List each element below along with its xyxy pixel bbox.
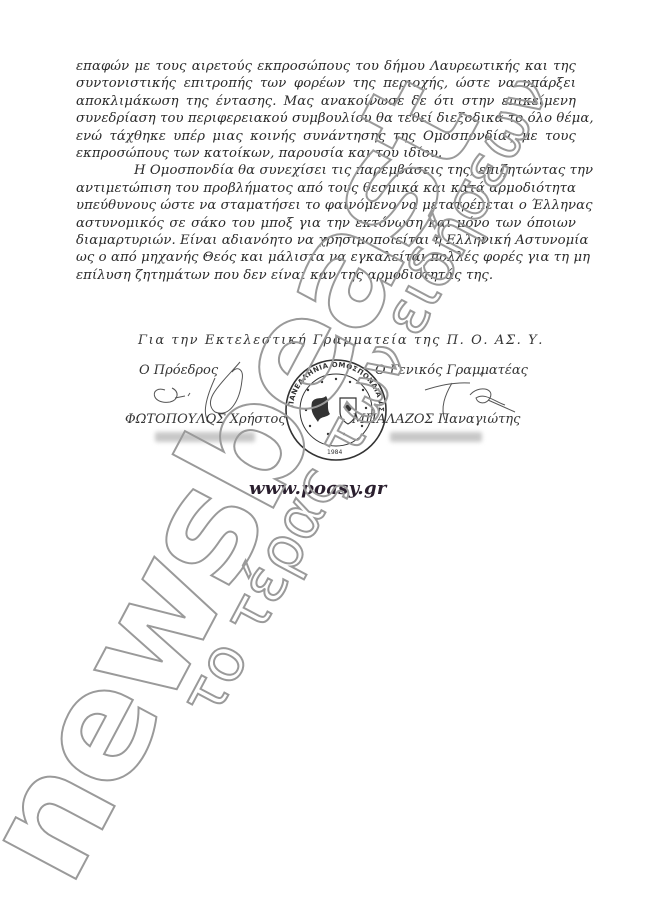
svg-text:ΠΑΝΕΛΛΗΝΙΑ ΟΜΟΣΠΟΝΔΙΑ ΑΣΤΥΝΟΜΙ: ΠΑΝΕΛΛΗΝΙΑ ΟΜΟΣΠΟΝΔΙΑ ΑΣΤΥΝΟΜΙΚΩΝ ΥΠΑΛΛΗ…: [287, 361, 385, 412]
svg-text:1984: 1984: [327, 449, 342, 456]
president-name: ΦΩΤΟΠΟΥΛΟΣ Χρήστος: [125, 412, 286, 427]
document-page: επαφών με τους αιρετούς εκπροσώπους του …: [0, 0, 648, 916]
federation-seal: ΠΑΝΕΛΛΗΝΙΑ ΟΜΟΣΠΟΝΔΙΑ ΑΣΤΥΝΟΜΙΚΩΝ ΥΠΑΛΛΗ…: [0, 0, 648, 916]
redacted-phone-left: [155, 432, 255, 442]
redacted-phone-right: [390, 432, 482, 442]
secretary-name: ΜΠΑΛΑΖΟΣ Παναγιώτης: [352, 412, 520, 427]
website-link[interactable]: www.poasy.gr: [249, 478, 387, 499]
